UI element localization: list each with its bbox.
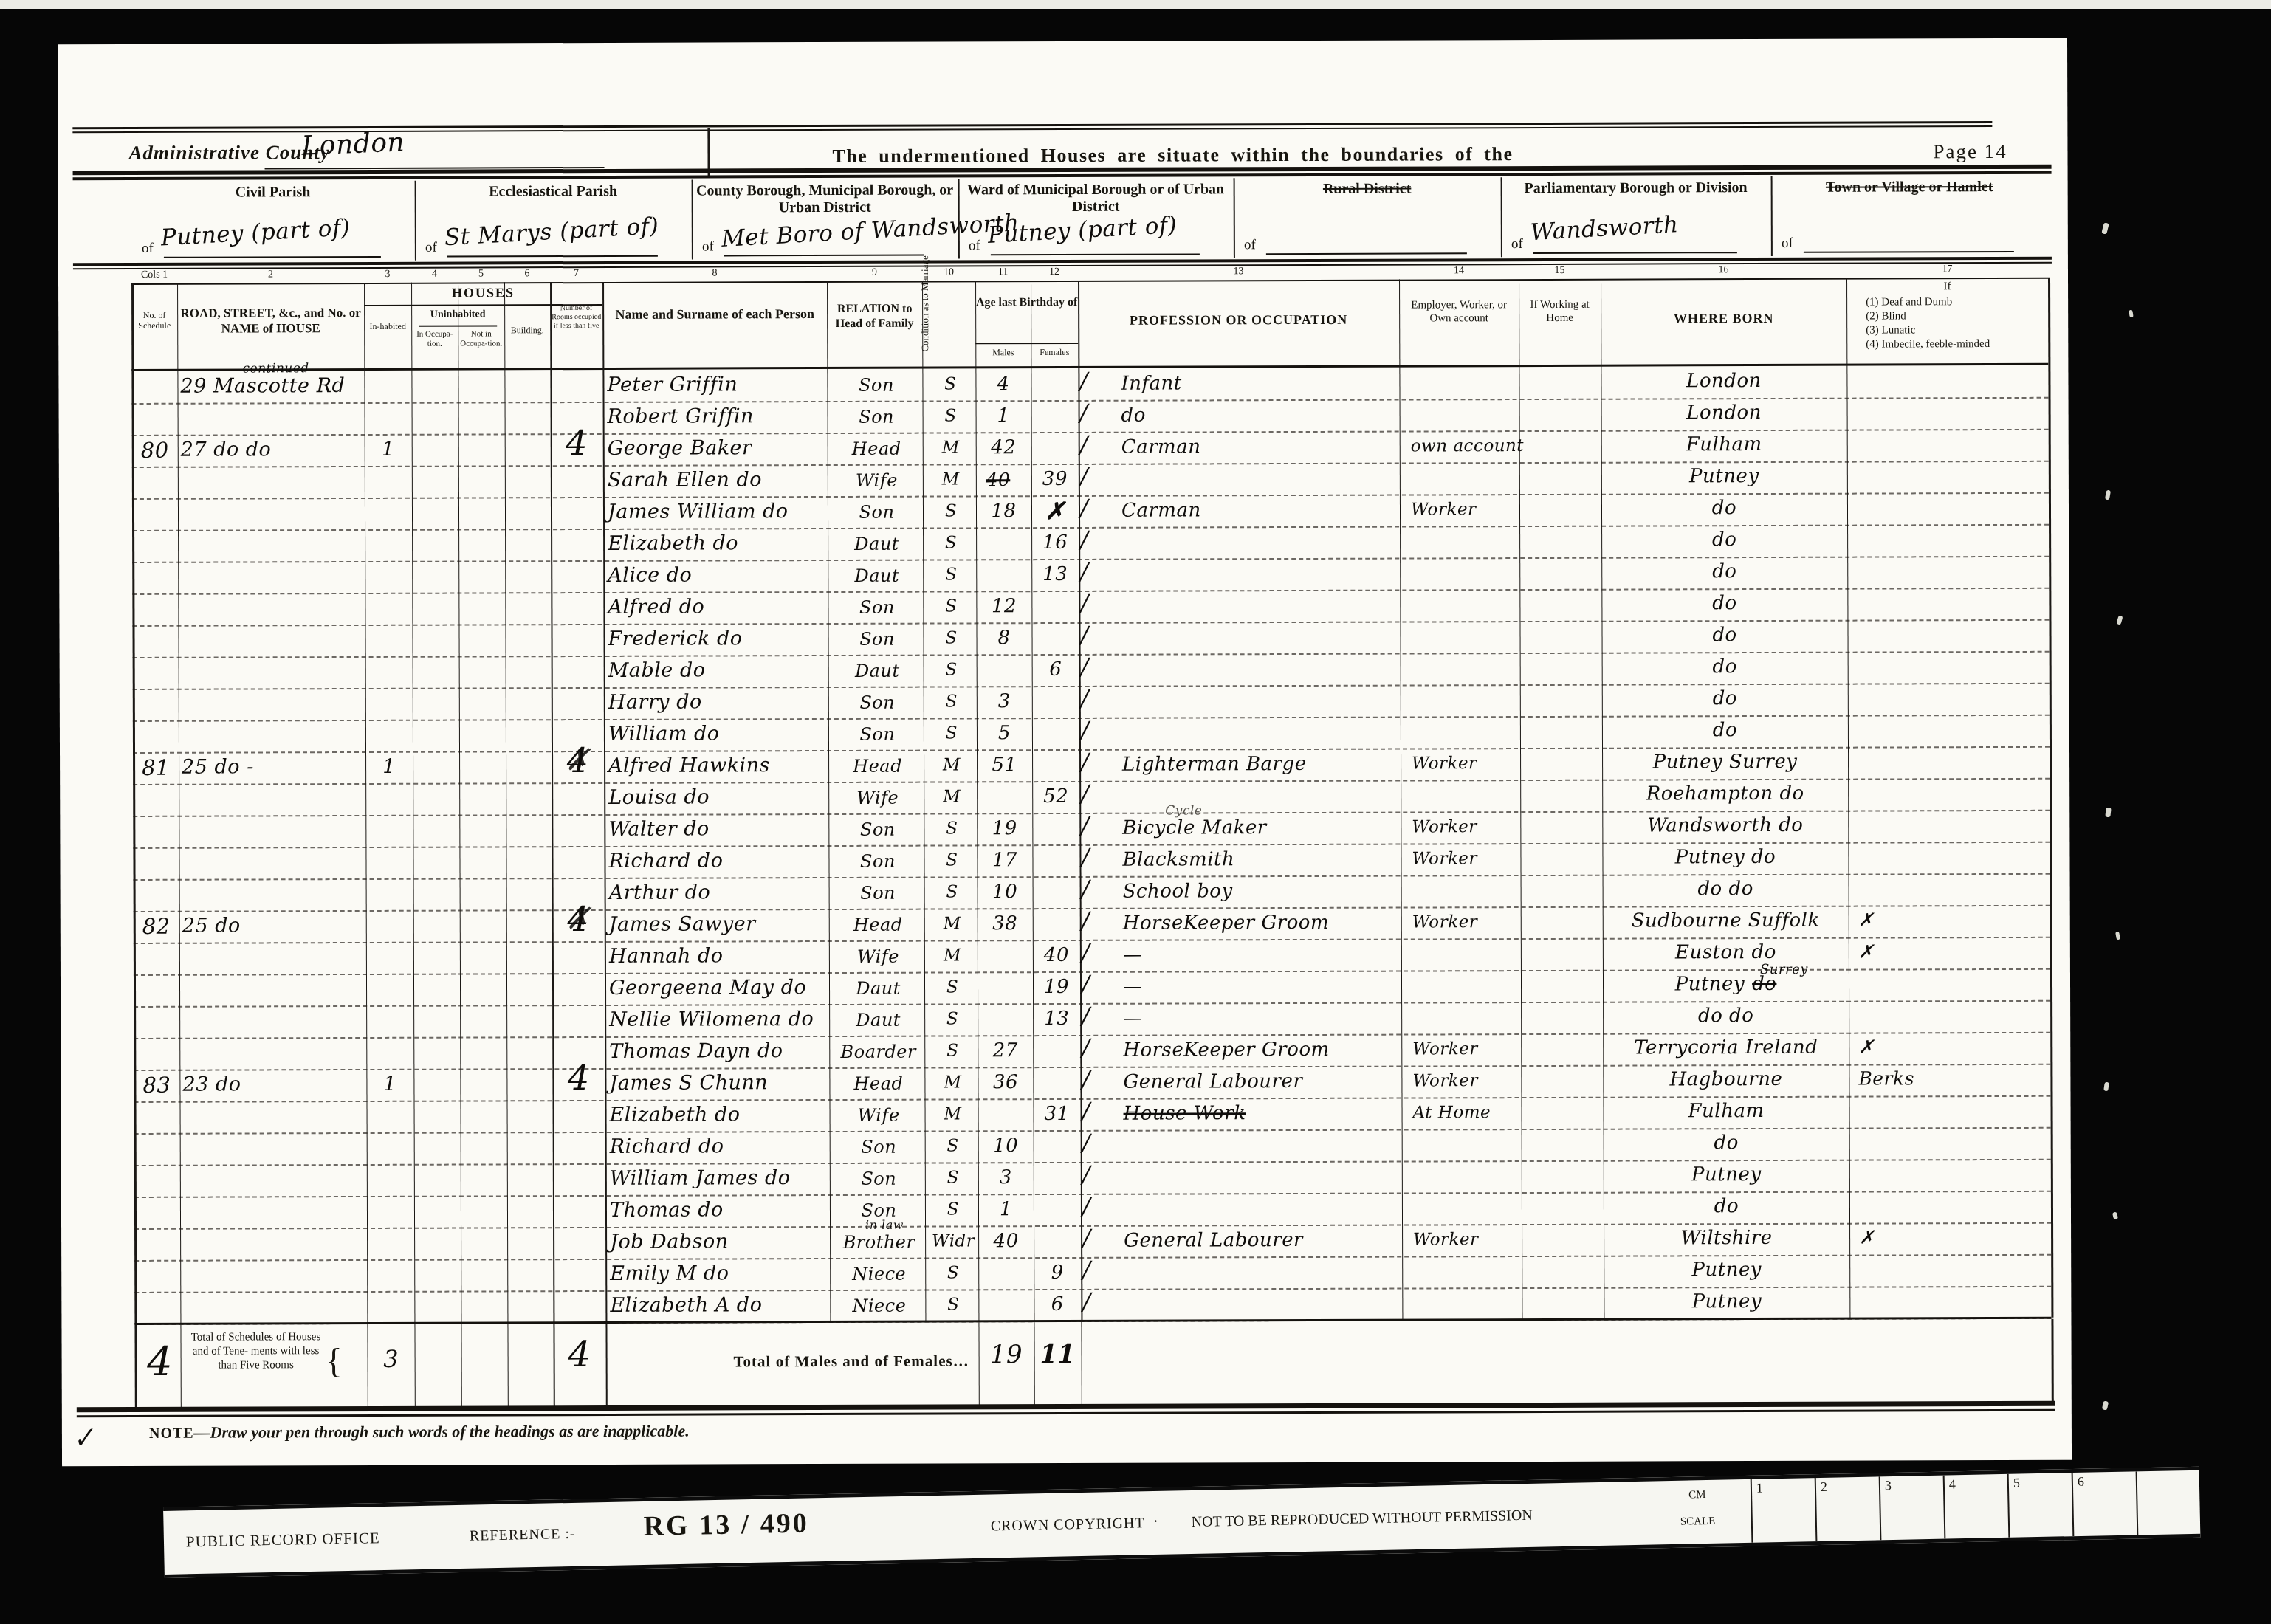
enumerator-tick: / xyxy=(1082,1160,1090,1188)
boundary-box: Civil ParishofPutney (part of) xyxy=(131,179,415,263)
note-text: —Draw your pen through such words of the… xyxy=(194,1422,690,1442)
employer-status: Worker xyxy=(1411,500,1477,519)
age-females: 39 xyxy=(1031,468,1079,490)
person-name: George Baker xyxy=(608,436,752,460)
film-speck xyxy=(2116,615,2123,625)
marriage-condition: S xyxy=(926,533,976,552)
enumerator-tick: / xyxy=(1082,875,1090,903)
totals-grid-line xyxy=(414,1324,415,1408)
marriage-condition: M xyxy=(927,787,977,806)
houses-inhabited: 1 xyxy=(366,755,412,778)
relation: Wife xyxy=(833,1105,925,1126)
person-name: James Sawyer xyxy=(609,912,756,936)
enumerator-tick: / xyxy=(1080,494,1088,522)
age-males: 51 xyxy=(977,754,1032,776)
relation: Wife xyxy=(832,946,924,967)
col-header-females: Females xyxy=(1031,347,1078,358)
column-number: 16 xyxy=(1601,264,1846,277)
relation: Daut xyxy=(831,534,923,554)
marriage-condition: S xyxy=(926,565,976,584)
where-born-cell: Roehampton do xyxy=(1602,782,1848,805)
ruler-line xyxy=(2007,1474,2010,1538)
age-males: 19 xyxy=(977,817,1032,839)
where-born: do xyxy=(1712,560,1736,582)
relation: Daut xyxy=(832,1010,924,1031)
relation: Boarder xyxy=(832,1042,924,1062)
boundary-box-value: Putney (part of) xyxy=(160,214,351,251)
marriage-condition: S xyxy=(927,850,977,870)
age-males: 38 xyxy=(978,912,1033,935)
relation: Son xyxy=(831,851,924,872)
relation: Son xyxy=(831,819,924,840)
marriage-condition: S xyxy=(928,1263,978,1282)
marriage-condition: M xyxy=(927,946,978,965)
person-name: Alice do xyxy=(608,564,692,587)
totals-label: Total of Schedules of Houses and of Tene… xyxy=(183,1330,328,1373)
col-header-not-in-occupation: Not in Occupa-tion. xyxy=(458,329,504,348)
person-name: Walter do xyxy=(608,818,710,841)
infirmity-item: (2) Blind xyxy=(1866,309,2050,324)
ruler-number: 5 xyxy=(2013,1476,2020,1491)
pro-reference-strip: PUBLIC RECORD OFFICE REFERENCE :- RG 13 … xyxy=(163,1467,2200,1578)
where-born-cell: Euston do xyxy=(1603,941,1849,964)
schedule-number: 81 xyxy=(133,755,179,780)
address-note: continued xyxy=(242,361,309,376)
enumerator-tick: / xyxy=(1080,430,1088,458)
occupation: HorseKeeper Groom xyxy=(1123,912,1329,935)
employer-status: At Home xyxy=(1413,1103,1491,1122)
schedule-number: 82 xyxy=(134,914,179,939)
relation: Head xyxy=(832,915,924,935)
where-born: London xyxy=(1686,402,1762,424)
person-name: Mable do xyxy=(608,659,706,682)
person-name: Louisa do xyxy=(608,786,710,809)
col-header-infirmity-list: (1) Deaf and Dumb(2) Blind(3) Lunatic(4)… xyxy=(1866,295,2050,352)
occupation: General Labourer xyxy=(1123,1070,1302,1093)
table-body: 29 Mascotte RdcontinuedPeter GriffinSonS… xyxy=(58,38,2067,45)
col-header-in-occupation: In Occupa-tion. xyxy=(411,330,458,349)
boundary-box-value: St Marys (part of) xyxy=(444,213,659,251)
enumerator-tick: / xyxy=(1082,1129,1090,1157)
totals-grid-line xyxy=(2051,1319,2053,1403)
relation: Wife xyxy=(831,470,923,491)
film-speck xyxy=(2101,222,2109,234)
age-males: 36 xyxy=(978,1071,1033,1093)
boundary-of-label: of xyxy=(425,240,437,256)
occupation: — xyxy=(1123,1008,1143,1030)
relation: Daut xyxy=(831,661,924,681)
age-females: 40 xyxy=(1033,944,1080,966)
person-name: Arthur do xyxy=(609,881,711,904)
person-name: Emily M do xyxy=(610,1262,729,1285)
boundary-of-rule xyxy=(1533,252,1737,254)
enumerator-tick: / xyxy=(1080,589,1088,617)
infirmity-mark: Berks xyxy=(1858,1067,1914,1089)
column-number: 11 xyxy=(975,266,1031,278)
boundary-of-label: of xyxy=(1511,236,1523,252)
relation: Son xyxy=(831,502,923,523)
age-females: 16 xyxy=(1031,531,1079,554)
person-name: Nellie Wilomena do xyxy=(609,1008,814,1031)
enumerator-tick: / xyxy=(1081,780,1089,808)
column-number: 14 xyxy=(1399,265,1519,278)
schedule-number: 80 xyxy=(132,438,178,463)
person-name: Elizabeth A do xyxy=(610,1293,762,1317)
ruler-line xyxy=(2136,1471,2139,1535)
relation: Head xyxy=(831,438,923,459)
where-born: Putney do xyxy=(1675,846,1776,868)
person-name: Alfred do xyxy=(608,596,704,619)
person-name: William do xyxy=(608,722,720,745)
where-born: do xyxy=(1713,687,1737,709)
where-born: Putney xyxy=(1675,973,1745,995)
ruler-line xyxy=(1879,1476,1882,1540)
enumerator-tick: / xyxy=(1081,843,1089,871)
pro-separator: · xyxy=(1152,1512,1158,1531)
page-number: Page 14 xyxy=(1933,140,2007,163)
where-born: London xyxy=(1686,370,1762,392)
pro-notice: NOT TO BE REPRODUCED WITHOUT PERMISSION xyxy=(1191,1507,1532,1531)
col-header-age: Age last Birthday of xyxy=(975,295,1078,310)
infirmity-item: (1) Deaf and Dumb xyxy=(1866,295,2050,310)
age-males: 27 xyxy=(978,1039,1033,1062)
relation: Son xyxy=(831,629,923,650)
boundary-box-label: Rural District xyxy=(1234,180,1501,198)
where-born-cell: PutneydoSurrey xyxy=(1603,973,1849,996)
marriage-condition: S xyxy=(928,1136,978,1155)
marriage-condition: S xyxy=(927,660,977,679)
enumerator-tick: / xyxy=(1082,1097,1090,1125)
boundary-box: Ecclesiastical ParishofSt Marys (part of… xyxy=(415,179,692,262)
employer-status: Worker xyxy=(1413,1230,1479,1249)
boundary-box: County Borough, Municipal Borough, or Ur… xyxy=(692,177,958,261)
where-born-cell: Fulham xyxy=(1604,1100,1849,1123)
where-born: Sudbourne Suffolk xyxy=(1632,909,1820,932)
enumerator-tick: / xyxy=(1082,938,1090,966)
employer-status: Worker xyxy=(1412,1039,1478,1059)
person-name: James S Chunn xyxy=(609,1071,768,1095)
boundary-box-value: Putney (part of) xyxy=(987,212,1178,249)
marriage-condition: S xyxy=(926,628,976,647)
rooms-count: 4 xyxy=(552,423,602,463)
where-born-cell: do do xyxy=(1603,1005,1849,1028)
ruler-line xyxy=(2072,1473,2075,1536)
where-born-cell: London xyxy=(1601,370,1846,393)
where-born-cell: Putney xyxy=(1604,1163,1849,1186)
where-born-cell: do xyxy=(1604,1132,1849,1155)
occupation-struck: House Work xyxy=(1124,1102,1246,1125)
enumerator-tick: / xyxy=(1080,621,1088,649)
col-header-inhabited: In-habited xyxy=(364,321,411,331)
address: 23 do xyxy=(182,1073,241,1096)
column-number: 13 xyxy=(1078,266,1399,278)
age-females: 31 xyxy=(1034,1103,1081,1125)
totals-grid-line xyxy=(1034,1322,1034,1406)
age-males: 10 xyxy=(978,881,1033,903)
enumerator-tick: / xyxy=(1082,906,1090,935)
occupation: — xyxy=(1123,944,1143,966)
address: 25 do xyxy=(182,915,241,937)
person-name: Thomas Dayn do xyxy=(609,1039,783,1063)
col-header-road: ROAD, STREET, &c., and No. or NAME of HO… xyxy=(177,305,364,337)
where-born: do do xyxy=(1698,1005,1753,1027)
relation: Niece xyxy=(833,1296,925,1316)
admin-county-value: London xyxy=(301,127,405,161)
where-born: Putney xyxy=(1692,1290,1762,1312)
pro-scale-label: SCALE xyxy=(1680,1515,1716,1529)
age-males: 8 xyxy=(976,627,1031,649)
boundary-of-label: of xyxy=(1244,237,1256,253)
where-born: Putney Surrey xyxy=(1653,751,1798,774)
totals-females: 11 xyxy=(1034,1340,1082,1369)
where-born-cell: Terrycoria Ireland xyxy=(1603,1036,1849,1059)
scan-top-edge xyxy=(0,0,2271,9)
enumerator-tick: / xyxy=(1080,557,1088,585)
relation: Brother xyxy=(833,1232,925,1253)
age-females: 6 xyxy=(1032,658,1079,681)
address: 25 do - xyxy=(182,755,254,778)
where-born: Putney xyxy=(1689,465,1759,487)
enumerator-tick: / xyxy=(1081,716,1089,744)
marriage-condition: M xyxy=(926,469,976,489)
where-born: do do xyxy=(1697,878,1753,900)
film-speck xyxy=(2129,310,2133,318)
where-born: do xyxy=(1712,497,1736,519)
where-born-cell: Putney Surrey xyxy=(1602,751,1848,774)
col-header-name: Name and Surname of each Person xyxy=(602,305,827,323)
column-number: 2 xyxy=(177,269,364,281)
marriage-condition: S xyxy=(925,374,975,393)
totals-grid-line xyxy=(367,1324,368,1408)
houses-inhabited: 1 xyxy=(367,1073,413,1095)
totals-schedule: 4 xyxy=(140,1338,181,1385)
where-born-cell: do xyxy=(1601,592,1847,615)
boundary-of-rule xyxy=(1804,251,2014,253)
where-born-cell: do xyxy=(1602,656,1848,678)
ruler-number: 6 xyxy=(2078,1474,2084,1490)
where-born-cell: Wiltshire xyxy=(1604,1227,1849,1250)
col-header-schedule: No. of Schedule xyxy=(131,310,177,331)
occupation: Carman xyxy=(1121,436,1201,458)
age-females: 13 xyxy=(1033,1008,1080,1030)
marriage-condition: S xyxy=(927,977,978,997)
enumerator-tick: / xyxy=(1082,1033,1090,1062)
relation: Daut xyxy=(832,978,924,999)
marriage-condition: S xyxy=(927,1041,978,1060)
where-born-cell: do xyxy=(1601,560,1847,583)
where-born: do xyxy=(1714,1195,1739,1217)
occupation: Blacksmith xyxy=(1122,848,1234,870)
enumerator-tick: / xyxy=(1082,1065,1090,1093)
ruler-number: 1 xyxy=(1756,1481,1763,1496)
relation-note: in law xyxy=(865,1218,904,1232)
col-header-at-home: If Working at Home xyxy=(1519,298,1601,325)
employer-status: Worker xyxy=(1412,912,1478,932)
totals-grid-line xyxy=(978,1322,979,1406)
where-born: Terrycoria Ireland xyxy=(1634,1036,1818,1059)
where-born: Fulham xyxy=(1688,1100,1764,1122)
where-born: Fulham xyxy=(1686,433,1762,455)
address: 27 do do xyxy=(181,438,272,461)
film-speck xyxy=(2112,1211,2118,1219)
census-scan-page: { "page": { "admin_label": "Administrati… xyxy=(0,0,2271,1624)
person-name: Richard do xyxy=(608,849,723,872)
enumerator-tick: / xyxy=(1080,399,1088,427)
marriage-condition: S xyxy=(926,596,976,616)
person-name: Harry do xyxy=(608,691,702,714)
check-mark-artifact: ✓ xyxy=(70,1422,97,1456)
occupation: do xyxy=(1121,405,1146,427)
occupation: General Labourer xyxy=(1124,1229,1303,1252)
where-born-cell: Sudbourne Suffolk xyxy=(1603,909,1849,932)
relation: Daut xyxy=(831,565,923,586)
ruler-line xyxy=(1943,1476,1946,1539)
col-header-infirmity-title: If xyxy=(1846,281,2048,294)
col-header-relation: RELATION to Head of Family xyxy=(827,302,922,331)
where-born-cell: do xyxy=(1601,529,1847,551)
marriage-condition: S xyxy=(928,1200,978,1219)
column-number: 17 xyxy=(1846,264,2048,276)
ruler-number: 4 xyxy=(1949,1476,1956,1492)
boundary-of-label: of xyxy=(702,238,714,255)
column-number: 9 xyxy=(827,267,922,279)
marriage-condition: S xyxy=(926,406,976,425)
age-males-struck: 40 xyxy=(976,469,1020,490)
film-speck xyxy=(2102,1400,2109,1410)
where-born-cell: Hagbourne xyxy=(1603,1068,1849,1091)
age-females-scribble: ✗ xyxy=(1031,497,1079,525)
table-header: No. of Schedule ROAD, STREET, &c., and N… xyxy=(131,278,2048,371)
where-born-cell: do xyxy=(1602,687,1848,710)
relation: Son xyxy=(830,375,922,396)
age-females: 52 xyxy=(1032,785,1079,808)
where-born-cell: do xyxy=(1604,1195,1849,1218)
marriage-condition: M xyxy=(926,438,976,457)
relation: Son xyxy=(833,1137,925,1157)
infirmity-mark: ✗ xyxy=(1859,1227,1875,1248)
rooms-scribble: ✗ xyxy=(552,743,603,777)
occupation: School boy xyxy=(1123,880,1233,902)
marriage-condition: M xyxy=(927,755,977,774)
person-name: Thomas do xyxy=(610,1198,724,1221)
houses-inhabited: 1 xyxy=(365,438,411,461)
person-name: Frederick do xyxy=(608,627,742,650)
column-number: 5 xyxy=(458,268,504,280)
where-born: Hagbourne xyxy=(1669,1068,1782,1090)
where-born: do xyxy=(1713,719,1737,741)
col-header-employer: Employer, Worker, or Own account xyxy=(1399,298,1519,326)
enumerator-tick: / xyxy=(1081,684,1089,712)
marriage-condition: M xyxy=(927,1073,978,1092)
person-name: Elizabeth do xyxy=(608,531,738,555)
ruler-line xyxy=(1751,1479,1753,1543)
infirmity-item: (3) Lunatic xyxy=(1866,323,2050,338)
col-header-houses: HOUSES xyxy=(364,285,602,301)
where-born-cell: Wandsworth do xyxy=(1602,814,1848,837)
census-sheet: Administrative County London The underme… xyxy=(58,38,2072,1467)
rooms-scribble: ✗ xyxy=(553,902,604,936)
relation: Wife xyxy=(831,788,924,808)
employer-status: Worker xyxy=(1412,1071,1478,1090)
enumerator-tick: / xyxy=(1082,1256,1090,1284)
totals-inhabited: 3 xyxy=(368,1345,415,1373)
boundary-box: Rural Districtof xyxy=(1234,176,1501,259)
boundary-box-label: Ward of Municipal Borough or of Urban Di… xyxy=(958,181,1234,216)
age-females: 13 xyxy=(1031,563,1079,585)
boundary-of-rule xyxy=(164,256,381,258)
address: 29 Mascotte Rd xyxy=(180,374,345,398)
marriage-condition: Widr xyxy=(928,1231,978,1250)
person-name: Job Dabson xyxy=(610,1230,729,1253)
where-born-cell: Fulham xyxy=(1601,433,1847,456)
enumerator-tick: / xyxy=(1081,748,1089,776)
boundary-of-label: of xyxy=(142,241,154,257)
pro-reference-number: RG 13 / 490 xyxy=(643,1507,809,1542)
age-males: 40 xyxy=(978,1230,1034,1252)
employer-status: own account xyxy=(1411,436,1524,455)
totals-males-females-label: Total of Males and of Females… xyxy=(593,1352,969,1372)
age-males: 4 xyxy=(975,373,1031,395)
where-born-cell: do do xyxy=(1603,878,1849,901)
infirmity-item: (4) Imbecile, feeble-minded xyxy=(1866,337,2050,352)
where-born: Putney xyxy=(1691,1163,1762,1186)
relation: Son xyxy=(831,597,923,618)
relation: Son xyxy=(831,692,924,713)
column-number: 6 xyxy=(504,268,550,280)
column-number: 7 xyxy=(550,268,602,280)
enumerator-tick: / xyxy=(1082,1224,1090,1252)
boundary-box-label: Ecclesiastical Parish xyxy=(415,183,692,201)
pro-office: PUBLIC RECORD OFFICE xyxy=(186,1529,380,1551)
totals-brace: { xyxy=(326,1341,343,1381)
age-males: 18 xyxy=(976,500,1031,522)
admin-county-label: Administrative County xyxy=(128,141,329,165)
where-born: Euston do xyxy=(1675,941,1776,963)
occupation: HorseKeeper Groom xyxy=(1123,1039,1329,1062)
age-females: 19 xyxy=(1033,976,1080,998)
boundary-box: Ward of Municipal Borough or of Urban Di… xyxy=(958,176,1234,260)
age-males: 3 xyxy=(978,1166,1034,1188)
where-born-cell: do xyxy=(1601,624,1847,647)
relation: Head xyxy=(832,1073,924,1094)
where-born: Wiltshire xyxy=(1681,1227,1773,1249)
where-born-cell: do xyxy=(1602,719,1848,742)
where-born-cell: Putney xyxy=(1604,1290,1849,1313)
totals-grid-line xyxy=(507,1324,508,1408)
boundary-box-label: County Borough, Municipal Borough, or Ur… xyxy=(692,182,958,216)
boundary-of-label: of xyxy=(1782,235,1793,252)
column-number: 12 xyxy=(1031,266,1078,278)
column-number: 4 xyxy=(411,269,458,281)
boundary-box-label: Civil Parish xyxy=(131,184,415,202)
relation: Son xyxy=(833,1169,925,1189)
boundary-of-rule xyxy=(991,253,1200,255)
col-header-condition: Condition as to Marriage xyxy=(919,299,934,352)
col-header-where-born: WHERE BORN xyxy=(1601,311,1846,327)
film-speck xyxy=(2103,1082,2109,1092)
relation: Son xyxy=(831,724,924,745)
where-born: do xyxy=(1712,656,1736,678)
boundary-box: Parliamentary Borough or DivisionofWands… xyxy=(1501,175,1771,258)
column-number: 3 xyxy=(364,269,411,281)
column-number: 15 xyxy=(1519,265,1601,277)
occupation: Lighterman Barge xyxy=(1122,753,1307,776)
person-name: Georgeena May do xyxy=(609,976,806,999)
where-born-cell: Putney do xyxy=(1602,846,1848,869)
relation: Head xyxy=(831,756,924,777)
pro-reference-label: REFERENCE :- xyxy=(470,1526,576,1545)
marriage-condition: S xyxy=(927,882,978,901)
